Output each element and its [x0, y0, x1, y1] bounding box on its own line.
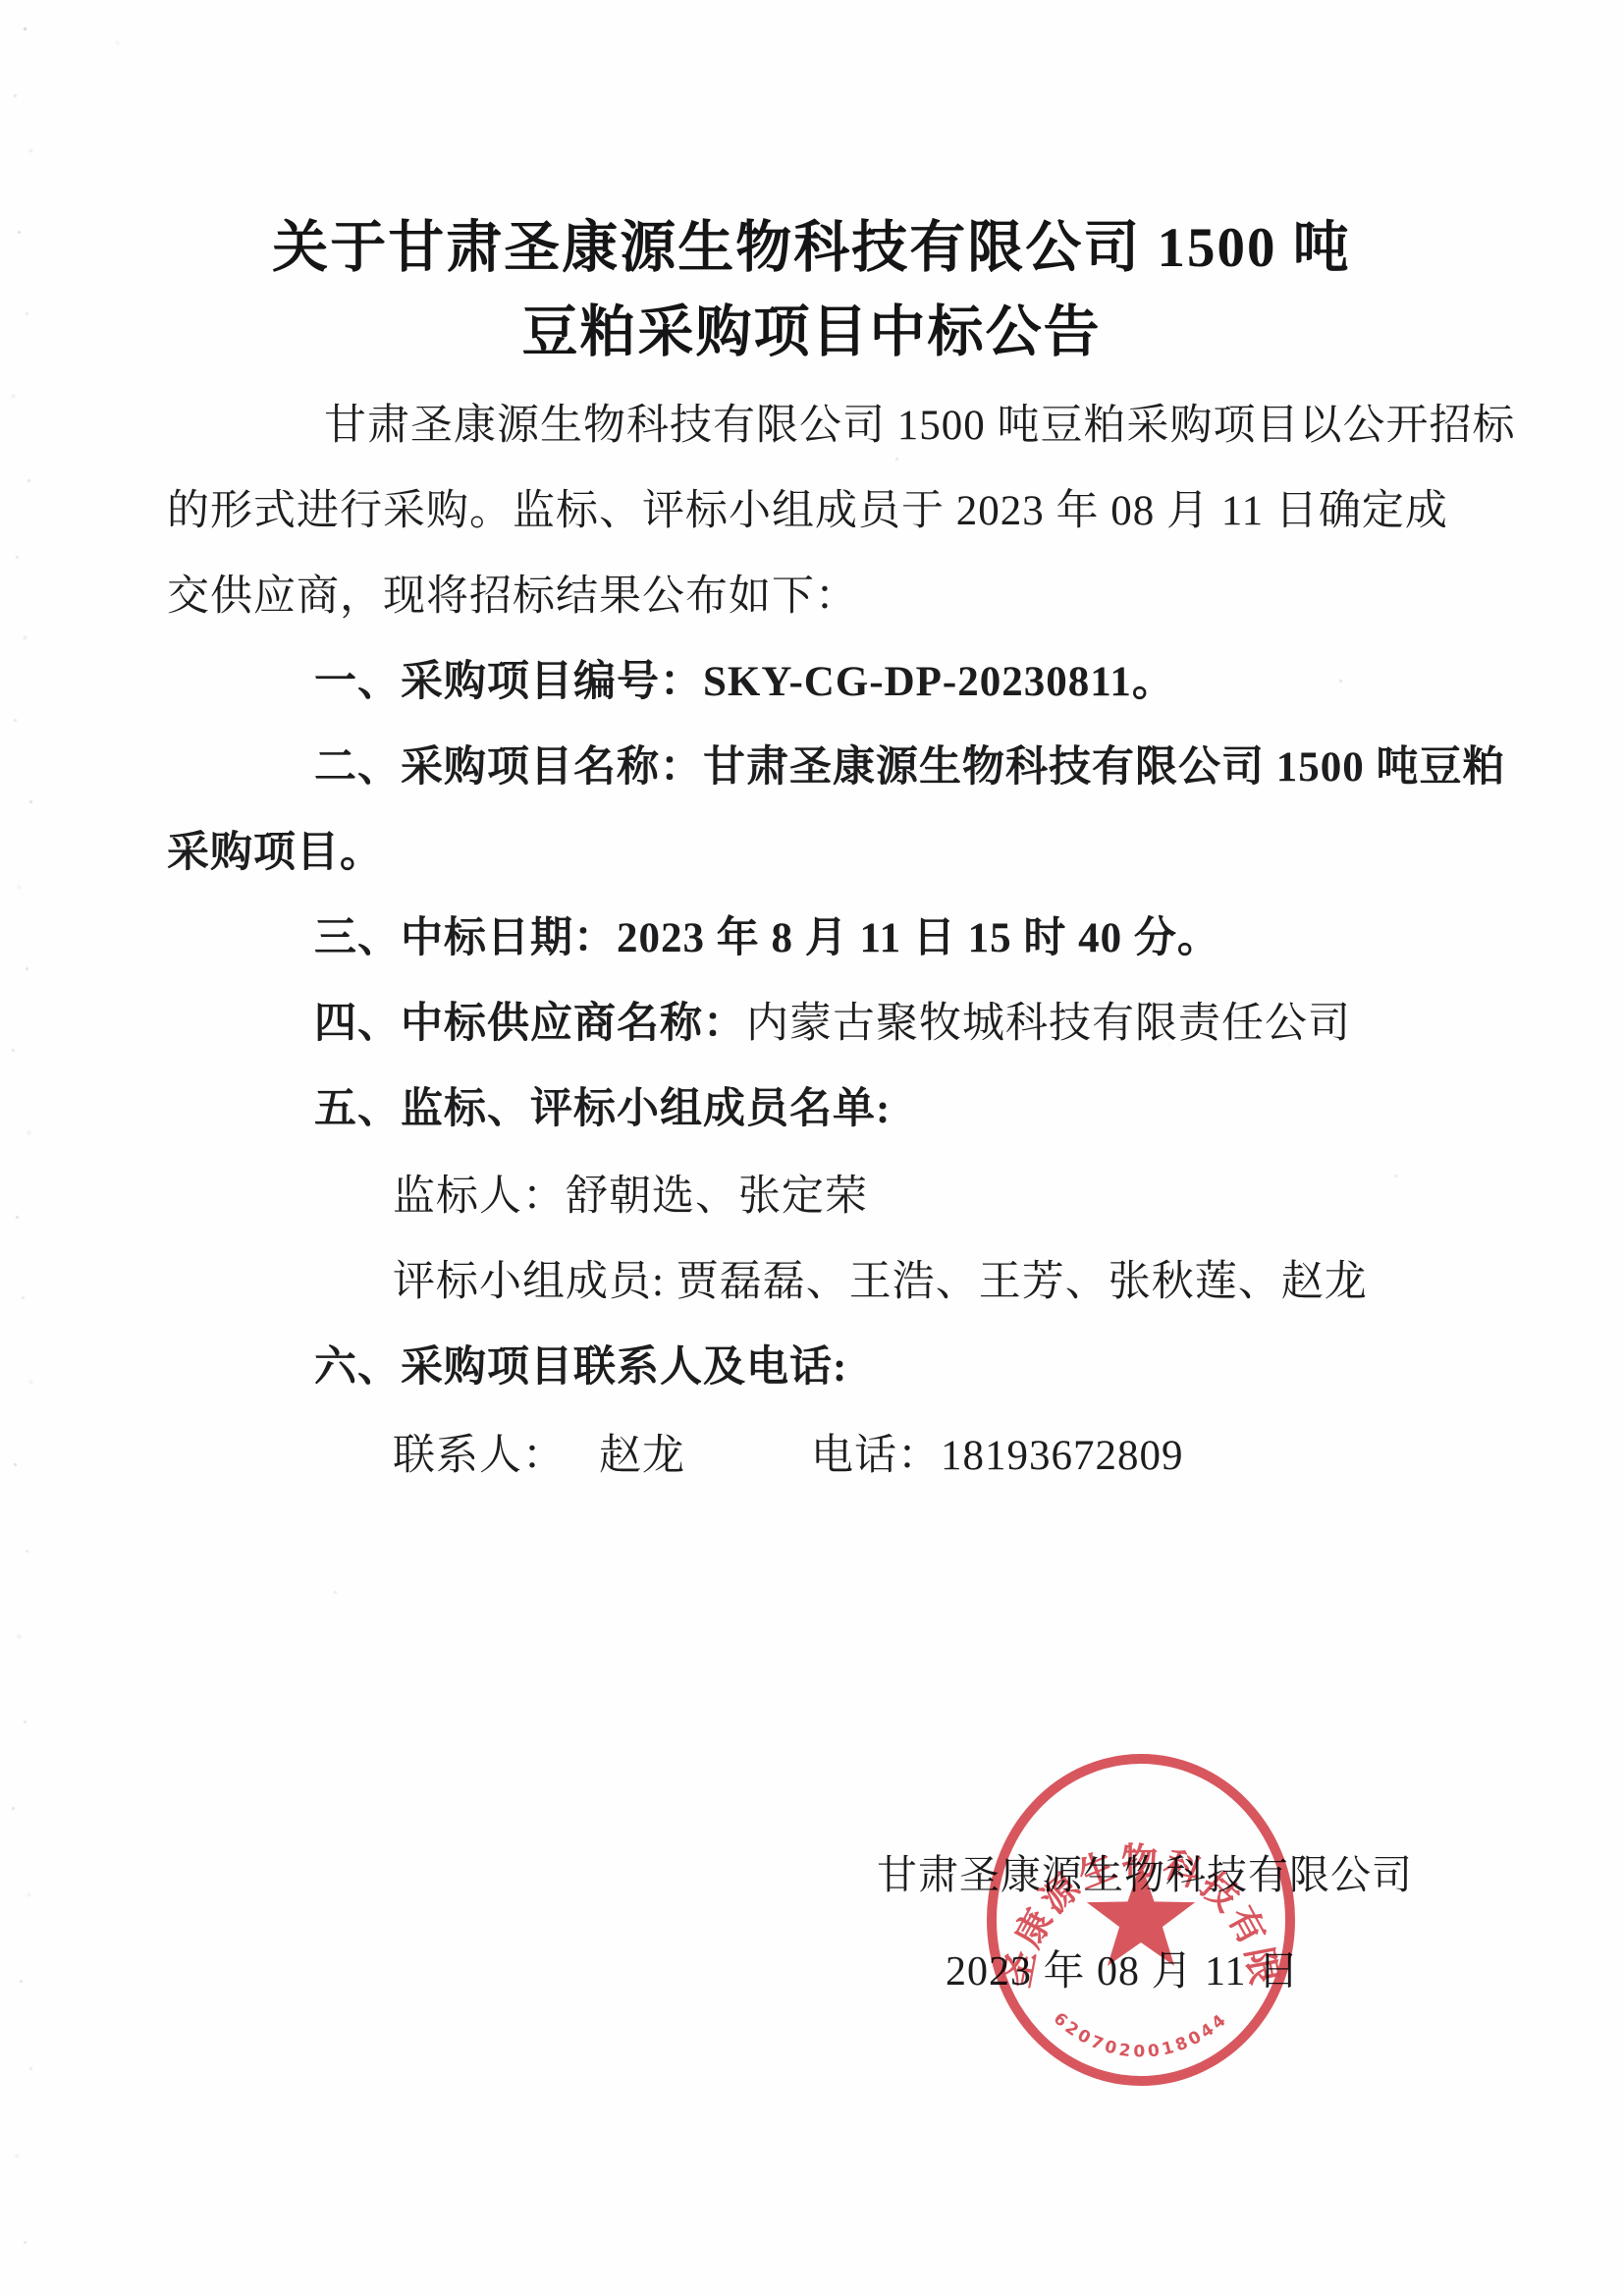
- contact-line: 联系人：赵龙电话：18193672809: [393, 1422, 1184, 1482]
- document-title-line-1: 关于甘肃圣康源生物科技有限公司 1500 吨: [0, 202, 1623, 283]
- item-value: 内蒙古聚牧城科技有限责任公司: [746, 1001, 1351, 1047]
- document-title-line-2: 豆粕采购项目中标公告: [0, 287, 1623, 367]
- intro-line-2: 的形式进行采购。监标、评标小组成员于 2023 年 08 月 11 日确定成: [167, 477, 1448, 537]
- scan-noise-specks: [0, 0, 3, 3]
- seal-company-text: 甘肃圣康源生物科技有限公司: [984, 1751, 1285, 1991]
- item-award-date: 三、中标日期：2023 年 8 月 11 日 15 时 40 分。: [314, 904, 1220, 964]
- item-project-name-continuation: 采购项目。: [167, 819, 383, 879]
- supervisors-line: 监标人：舒朝选、张定荣: [393, 1163, 868, 1223]
- company-seal: 甘肃圣康源生物科技有限公司 6207020018044: [984, 1751, 1298, 2090]
- svg-text:甘肃圣康源生物科技有限公司: 甘肃圣康源生物科技有限公司: [984, 1751, 1285, 1991]
- sub-value: 贾磊磊、王浩、王芳、张秋莲、赵龙: [676, 1259, 1368, 1305]
- contact-name: 赵龙: [599, 1433, 685, 1479]
- item-project-number: 一、采购项目编号：SKY-CG-DP-20230811。: [314, 648, 1175, 708]
- item-label: 三、中标日期：: [314, 915, 617, 961]
- item-value: 2023 年 8 月 11 日 15 时 40 分。: [617, 915, 1220, 961]
- item-label: 二、采购项目名称：: [314, 744, 703, 791]
- svg-text:6207020018044: 6207020018044: [1050, 2009, 1232, 2062]
- intro-line-3: 交供应商，现将招标结果公布如下：: [167, 563, 858, 623]
- sub-label: 评标小组成员:: [393, 1259, 676, 1305]
- evaluation-members-line: 评标小组成员: 贾磊磊、王浩、王芳、张秋莲、赵龙: [393, 1248, 1368, 1308]
- phone-label: 电话：: [811, 1433, 941, 1479]
- contact-label: 联系人：: [393, 1433, 566, 1479]
- item-contact-heading: 六、采购项目联系人及电话:: [314, 1334, 847, 1394]
- intro-line-1: 甘肃圣康源生物科技有限公司 1500 吨豆粕采购项目以公开招标: [324, 392, 1516, 452]
- item-label: 四、中标供应商名称：: [314, 1001, 746, 1047]
- document-page: 关于甘肃圣康源生物科技有限公司 1500 吨 豆粕采购项目中标公告 甘肃圣康源生…: [0, 0, 1623, 2296]
- item-value: SKY-CG-DP-20230811。: [703, 659, 1175, 705]
- sub-value: 舒朝选、张定荣: [566, 1174, 868, 1220]
- item-committee-roster-heading: 五、监标、评标小组成员名单:: [314, 1075, 891, 1135]
- seal-number: 6207020018044: [1050, 2009, 1232, 2062]
- item-winning-supplier: 四、中标供应商名称：内蒙古聚牧城科技有限责任公司: [314, 990, 1351, 1050]
- sub-label: 监标人：: [393, 1174, 566, 1220]
- item-project-name: 二、采购项目名称：甘肃圣康源生物科技有限公司 1500 吨豆粕: [314, 734, 1506, 793]
- item-value: 甘肃圣康源生物科技有限公司 1500 吨豆粕: [703, 744, 1506, 791]
- item-label: 一、采购项目编号：: [314, 659, 703, 705]
- phone-number: 18193672809: [941, 1433, 1184, 1479]
